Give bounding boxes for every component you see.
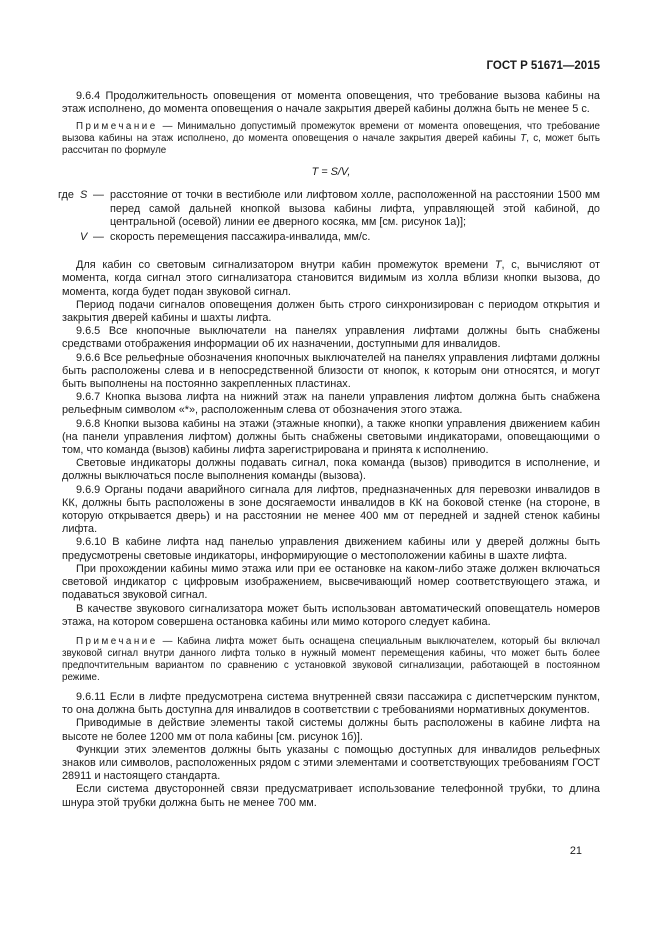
paragraph-floor-passing: При прохождении кабины мимо этажа или пр… bbox=[62, 563, 600, 603]
paragraph-element-functions: Функции этих элементов должны быть указа… bbox=[62, 744, 600, 784]
paragraph-cabins-pre: Для кабин со световым сигнализатором вну… bbox=[76, 259, 495, 271]
definition-v: V — скорость перемещения пассажира-инвал… bbox=[62, 231, 600, 244]
paragraph-9-6-8: 9.6.8 Кнопки вызова кабины на этажи (эта… bbox=[62, 418, 600, 458]
page-content: ГОСТ Р 51671—2015 9.6.4 Продолжительност… bbox=[62, 60, 600, 810]
note-1: Примечание — Минимально допустимый проме… bbox=[62, 121, 600, 157]
paragraph-signal-period: Период подачи сигналов оповещения должен… bbox=[62, 299, 600, 325]
paragraph-9-6-5: 9.6.5 Все кнопочные выключатели на панел… bbox=[62, 325, 600, 351]
paragraph-9-6-6: 9.6.6 Все рельефные обозначения кнопочны… bbox=[62, 352, 600, 392]
paragraph-9-6-7: 9.6.7 Кнопка вызова лифта на нижний этаж… bbox=[62, 391, 600, 417]
paragraph-9-6-10: 9.6.10 В кабине лифта над панелью управл… bbox=[62, 536, 600, 562]
paragraph-9-6-11: 9.6.11 Если в лифте предусмотрена систем… bbox=[62, 691, 600, 717]
definition-s-var: S bbox=[80, 189, 93, 202]
definition-v-var: V bbox=[80, 231, 93, 244]
formula-definitions: где S — расстояние от точки в вестибюле … bbox=[62, 189, 600, 244]
note-2: Примечание — Кабина лифта может быть осн… bbox=[62, 636, 600, 684]
note-2-label: Примечание bbox=[76, 636, 158, 647]
where-label: где bbox=[58, 189, 80, 202]
document-page: ГОСТ Р 51671—2015 9.6.4 Продолжительност… bbox=[0, 0, 661, 935]
paragraph-9-6-4: 9.6.4 Продолжительность оповещения от мо… bbox=[62, 90, 600, 116]
page-number: 21 bbox=[570, 845, 582, 858]
doc-number-header: ГОСТ Р 51671—2015 bbox=[62, 60, 600, 73]
formula-t-sv: T = S/V, bbox=[62, 166, 600, 178]
paragraph-light-indicators: Световые индикаторы должны подавать сигн… bbox=[62, 457, 600, 483]
paragraph-sound-annunciator: В качестве звукового сигнализатора может… bbox=[62, 603, 600, 629]
definition-s: где S — расстояние от точки в вестибюле … bbox=[62, 189, 600, 229]
paragraph-system-elements: Приводимые в действие элементы такой сис… bbox=[62, 717, 600, 743]
definition-v-dash: — bbox=[93, 231, 110, 244]
definition-s-dash: — bbox=[93, 189, 110, 202]
paragraph-9-6-9: 9.6.9 Органы подачи аварийного сигнала д… bbox=[62, 484, 600, 537]
paragraph-cabins-light-signal: Для кабин со световым сигнализатором вну… bbox=[62, 259, 600, 299]
definition-s-text: расстояние от точки в вестибюле или лифт… bbox=[110, 189, 600, 229]
definition-v-text: скорость перемещения пассажира-инвалида,… bbox=[110, 231, 600, 244]
note-1-label: Примечание bbox=[76, 121, 158, 132]
paragraph-handset-cord: Если система двусторонней связи предусма… bbox=[62, 783, 600, 809]
